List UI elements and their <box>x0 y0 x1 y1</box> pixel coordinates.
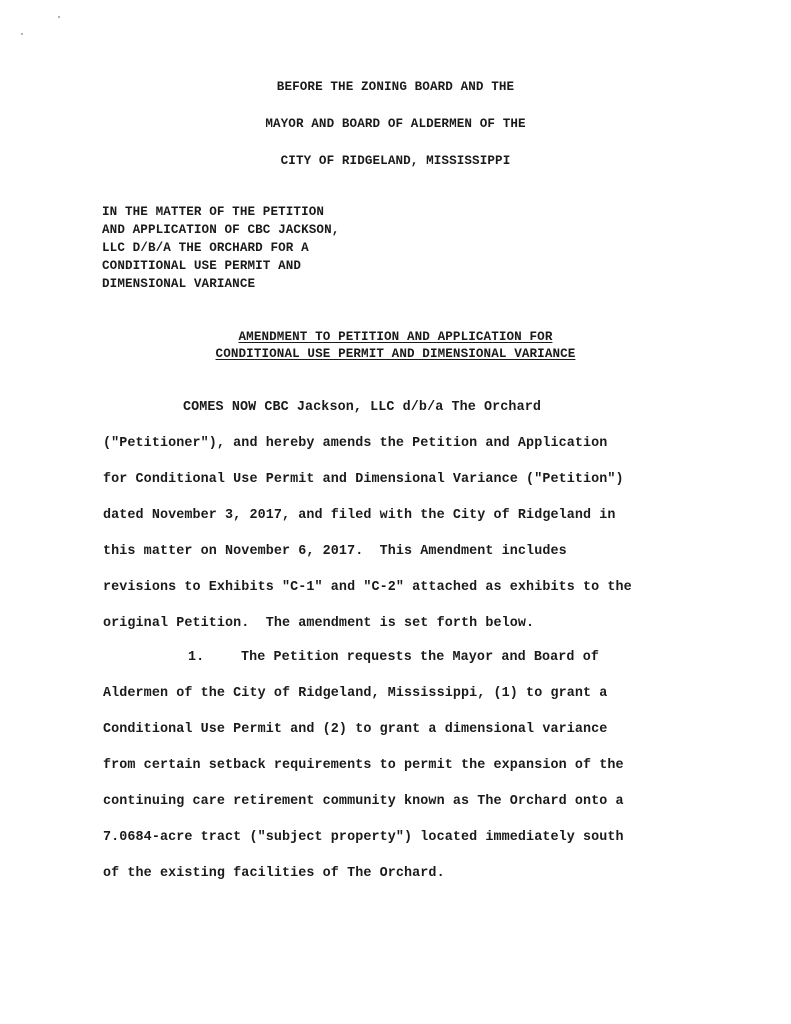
paragraph-number: 1. <box>188 650 204 665</box>
title-text: CONDITIONAL USE PERMIT AND DIMENSIONAL V… <box>216 347 576 361</box>
scan-speck <box>58 16 60 18</box>
body-line: original Petition. The amendment is set … <box>103 616 534 631</box>
body-line: for Conditional Use Permit and Dimension… <box>103 472 624 487</box>
body-line: The Petition requests the Mayor and Boar… <box>241 650 599 665</box>
body-line: Aldermen of the City of Ridgeland, Missi… <box>103 686 607 701</box>
body-line: 7.0684-acre tract ("subject property") l… <box>103 830 624 845</box>
caption-line: CITY OF RIDGELAND, MISSISSIPPI <box>0 154 791 168</box>
matter-line: CONDITIONAL USE PERMIT AND <box>102 259 301 273</box>
scan-speck <box>21 33 23 35</box>
body-line: revisions to Exhibits "C-1" and "C-2" at… <box>103 580 632 595</box>
matter-line: AND APPLICATION OF CBC JACKSON, <box>102 223 339 237</box>
body-line: Conditional Use Permit and (2) to grant … <box>103 722 607 737</box>
matter-line: IN THE MATTER OF THE PETITION <box>102 205 324 219</box>
body-line: from certain setback requirements to per… <box>103 758 624 773</box>
document-page: BEFORE THE ZONING BOARD AND THE MAYOR AN… <box>0 0 791 1024</box>
caption-line: BEFORE THE ZONING BOARD AND THE <box>0 80 791 94</box>
body-line: ("Petitioner"), and hereby amends the Pe… <box>103 436 607 451</box>
body-line: COMES NOW CBC Jackson, LLC d/b/a The Orc… <box>183 400 541 415</box>
caption-line: MAYOR AND BOARD OF ALDERMEN OF THE <box>0 117 791 131</box>
body-line: this matter on November 6, 2017. This Am… <box>103 544 567 559</box>
title-line: AMENDMENT TO PETITION AND APPLICATION FO… <box>0 330 791 344</box>
body-line: continuing care retirement community kno… <box>103 794 624 809</box>
title-line: CONDITIONAL USE PERMIT AND DIMENSIONAL V… <box>0 347 791 361</box>
body-line: of the existing facilities of The Orchar… <box>103 866 445 881</box>
matter-line: DIMENSIONAL VARIANCE <box>102 277 255 291</box>
matter-line: LLC D/B/A THE ORCHARD FOR A <box>102 241 309 255</box>
body-line: dated November 3, 2017, and filed with t… <box>103 508 616 523</box>
title-text: AMENDMENT TO PETITION AND APPLICATION FO… <box>239 330 553 344</box>
